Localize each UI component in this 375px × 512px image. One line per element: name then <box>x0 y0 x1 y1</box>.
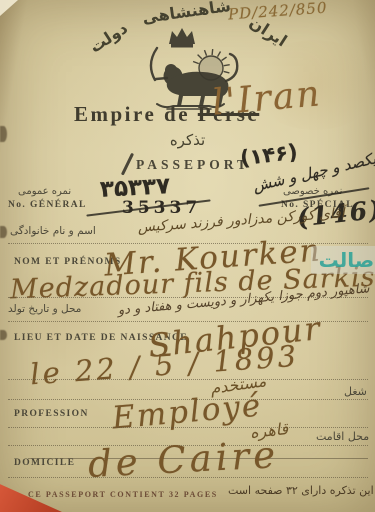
dotted-rule <box>8 379 368 380</box>
handwritten-residence: de Caire <box>87 433 280 486</box>
handwritten-country-correction: l'Iran <box>210 73 323 123</box>
general-number-label-fr: No. GÉNÉRAL <box>8 200 87 210</box>
footer-pages-fr: CE PASSEPORT CONTIENT 32 PAGES <box>28 490 218 499</box>
dotted-rule <box>8 427 368 428</box>
arc-motto-word: دولت <box>86 18 131 56</box>
passport-title-fr: PASSEPORT <box>136 157 250 173</box>
footer-pages-fa: این تذکره دارای ۳۲ صفحه است <box>228 484 374 497</box>
crown-icon <box>169 28 195 48</box>
passport-title-fa: تذكره <box>0 131 375 149</box>
profession-label-fr: PROFESSION <box>14 409 89 419</box>
sword-icon <box>151 48 157 80</box>
handwritten-slash-stroke <box>121 153 134 176</box>
residence-label-fr: DOMICILE <box>14 458 75 468</box>
birth-label-fa: محل و تاریخ تولد <box>8 303 81 315</box>
page-edge-mark <box>0 330 7 340</box>
general-number-label-fa: نمره عمومی <box>18 186 71 197</box>
handwritten-file-number: PD/242/850 <box>227 0 328 23</box>
name-label-fa: اسم و نام خانوادگی <box>10 225 96 237</box>
lion-tail <box>226 54 237 81</box>
dotted-rule <box>8 477 368 478</box>
page-edge-mark <box>0 226 7 238</box>
arc-motto-word: شاهنشاهی <box>141 0 232 27</box>
stamped-general-number: 35337 <box>122 198 201 218</box>
photo-white-corner <box>0 0 18 16</box>
country-title-prefix: Empire de <box>74 102 198 126</box>
handwritten-profession: Employé <box>111 388 264 437</box>
residence-label-fa: محل اقامت <box>316 430 369 443</box>
passport-page-photo: PD/242/850 دولت شاهنشاهی ایران <box>0 0 375 512</box>
profession-label-fa: شغل <box>344 385 367 398</box>
archive-watermark: اصالت <box>311 246 375 274</box>
